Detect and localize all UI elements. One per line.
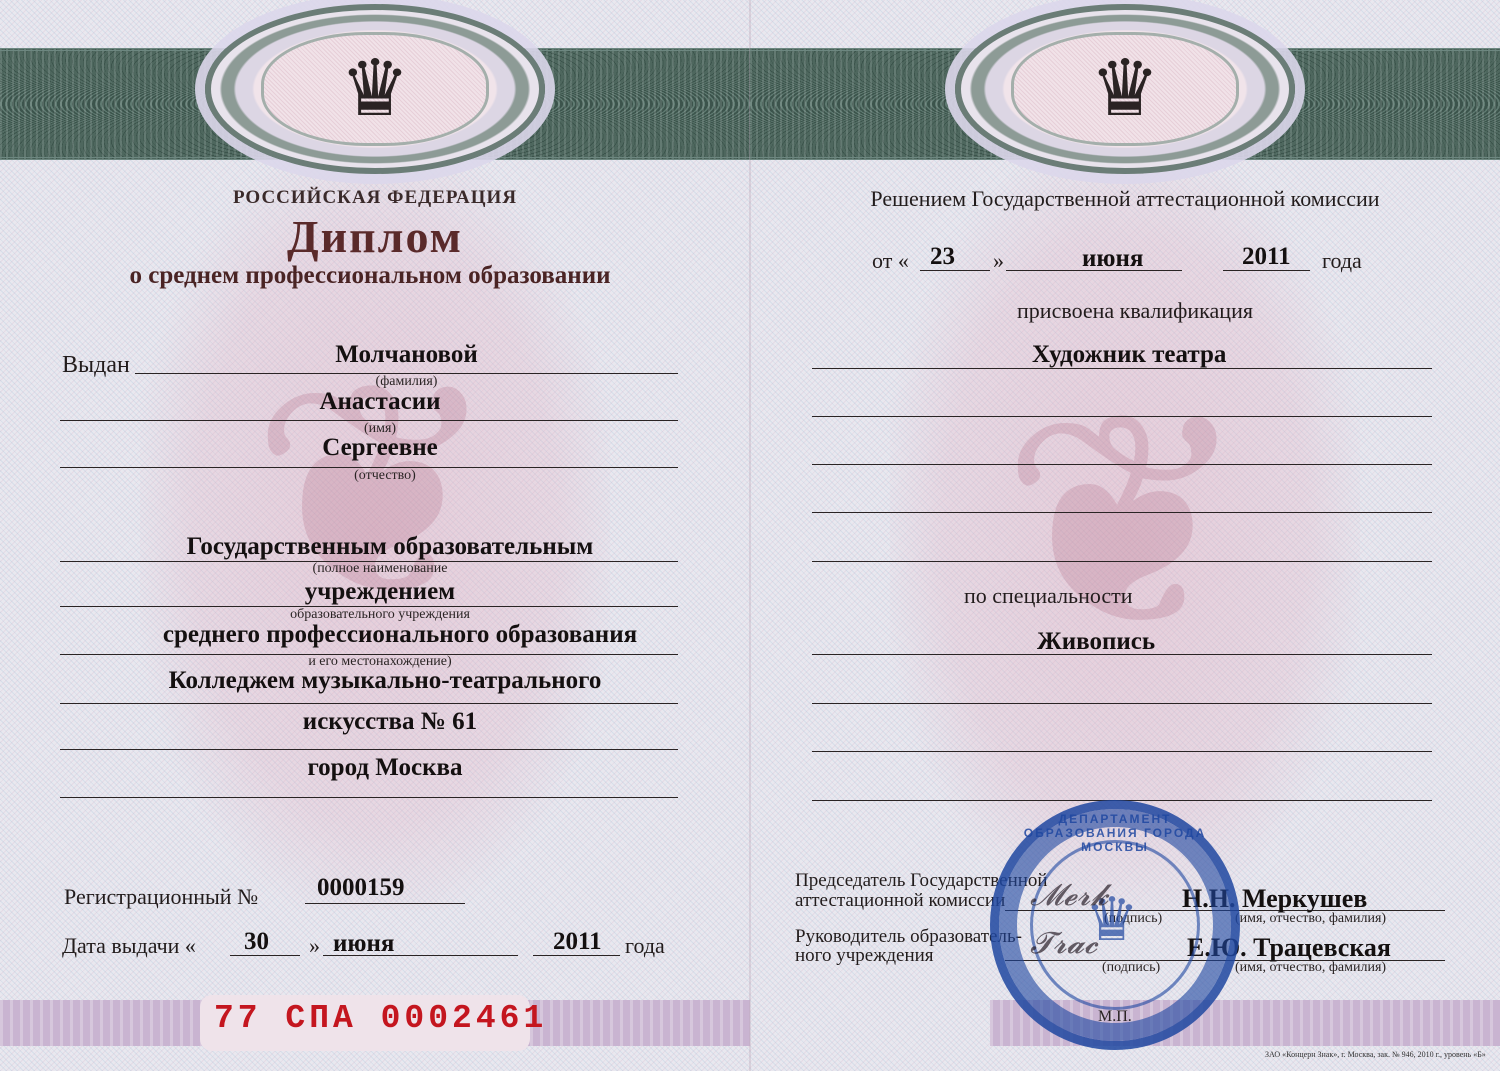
institution-hint-1: (полное наименование	[60, 561, 700, 577]
decision-date-prefix: от «	[872, 248, 909, 274]
decision-text: Решением Государственной аттестационной …	[750, 186, 1500, 212]
qualification-label: присвоена квалификация	[750, 298, 1500, 324]
head-label-2: ного учреждения	[795, 945, 934, 967]
printer-imprint: ЗАО «Концерн Знак», г. Москва, зак. № 94…	[1265, 1050, 1486, 1059]
medallion-inner-frame: ♛	[1011, 32, 1239, 146]
blank-line-4	[812, 561, 1432, 562]
institution-text-5: искусства № 61	[40, 708, 740, 736]
patronymic-hint: (отчество)	[60, 468, 710, 484]
institution-text-4: Колледжем музыкально-театрального	[40, 667, 730, 695]
issue-month: июня	[333, 930, 394, 958]
institution-text-6: город Москва	[40, 754, 730, 782]
surname-value: Молчановой	[135, 341, 678, 369]
name-value: Анастасии	[60, 388, 700, 416]
decision-quote-close: »	[993, 248, 1004, 274]
diploma-subtitle: о среднем профессиональном образовании	[0, 262, 740, 290]
series-number: 77 СПА 0002461	[214, 1000, 547, 1037]
decision-month: июня	[1082, 245, 1143, 273]
issue-year-suffix: года	[625, 933, 665, 959]
institution-line-4	[60, 703, 678, 704]
blank-line-2	[812, 464, 1432, 465]
diploma-title: Диплом	[0, 210, 750, 263]
institution-text-1: Государственным образовательным	[60, 533, 720, 561]
emblem-medallion: ♛	[955, 4, 1295, 174]
blank-line-5	[812, 703, 1432, 704]
medallion-inner-frame: ♛	[261, 32, 489, 146]
decision-year-suffix: года	[1322, 248, 1362, 274]
institution-text-2: учреждением	[60, 578, 700, 606]
blank-line-3	[812, 512, 1432, 513]
patronymic-value: Сергеевне	[60, 434, 700, 462]
issue-date-label: Дата выдачи «	[62, 933, 196, 959]
blank-line-1	[812, 416, 1432, 417]
seal-text: ДЕПАРТАМЕНТ ОБРАЗОВАНИЯ ГОРОДА МОСКВЫ	[1005, 812, 1225, 854]
qualification-value: Художник театра	[1032, 341, 1226, 369]
decision-year: 2011	[1242, 243, 1291, 271]
emblem-medallion: ♛	[205, 4, 545, 174]
registration-line	[305, 903, 465, 904]
institution-line-5	[60, 749, 678, 750]
head-name-hint: (имя, отчество, фамилия)	[1235, 960, 1386, 976]
issue-quote-close: »	[309, 933, 320, 959]
seal-place-mark: М.П.	[1098, 1008, 1132, 1026]
registration-number: 0000159	[317, 874, 405, 902]
chairman-label-2: аттестационной комиссии	[795, 890, 1005, 912]
specialty-value: Живопись	[1037, 628, 1155, 656]
chairman-name-hint: (имя, отчество, фамилия)	[1235, 911, 1386, 927]
specialty-label: по специальности	[964, 583, 1133, 609]
issued-label: Выдан	[62, 352, 130, 379]
issue-year: 2011	[553, 928, 602, 956]
left-page: ❦ ♛ РОССИЙСКАЯ ФЕДЕРАЦИЯ Диплом о средне…	[0, 0, 750, 1071]
blank-line-6	[812, 751, 1432, 752]
issue-day: 30	[244, 928, 269, 956]
coat-of-arms-icon: ♛	[1090, 50, 1160, 128]
country-heading: РОССИЙСКАЯ ФЕДЕРАЦИЯ	[0, 187, 750, 209]
registration-label: Регистрационный №	[64, 884, 258, 910]
chairman-signature: 𝓜𝓮𝓻𝓴	[1030, 878, 1108, 913]
institution-text-3: среднего профессионального образования	[40, 621, 750, 649]
decision-day: 23	[930, 243, 955, 271]
institution-line-6	[60, 797, 678, 798]
coat-of-arms-icon: ♛	[340, 50, 410, 128]
head-signature: 𝓣𝓻𝓪𝓬	[1030, 926, 1098, 961]
